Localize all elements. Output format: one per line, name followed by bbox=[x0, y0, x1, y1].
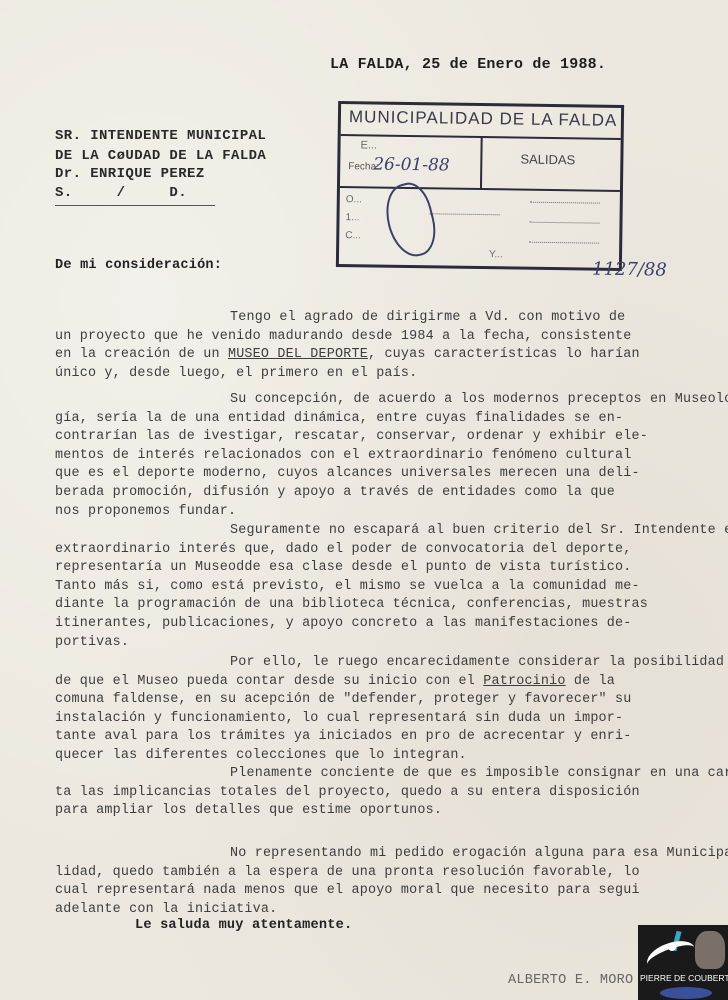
logo-text: PIERRE DE COUBERTIN bbox=[640, 973, 728, 983]
portrait-icon bbox=[695, 931, 725, 969]
stamp-dotted-line bbox=[529, 242, 599, 244]
body-line: Por ello, le ruego encarecidamente consi… bbox=[230, 655, 724, 670]
body-line: único y, desde luego, el primero en el p… bbox=[55, 366, 417, 381]
body-line: tante aval para los trámites ya iniciado… bbox=[55, 729, 632, 744]
municipal-reception-stamp: MUNICIPALIDAD DE LA FALDA E... SALIDAS F… bbox=[336, 101, 624, 271]
stamp-fecha-value: 26-01-88 bbox=[373, 155, 450, 176]
stamp-registro-label: Y... bbox=[489, 249, 503, 260]
body-line: que es el deporte moderno, cuyos alcance… bbox=[55, 466, 640, 481]
body-line: berada promoción, difusión y apoyo a tra… bbox=[55, 485, 615, 500]
stamp-dotted-line bbox=[430, 213, 500, 215]
body-line: quecer las diferentes colecciones que lo… bbox=[55, 748, 467, 763]
swoosh-icon bbox=[643, 935, 699, 977]
body-line: en la creación de un MUSEO DEL DEPORTE, … bbox=[55, 347, 640, 362]
stamp-left-label-2: 1... bbox=[345, 212, 359, 223]
stamp-dotted-line bbox=[529, 222, 599, 224]
body-line: un proyecto que he venido madurando desd… bbox=[55, 329, 632, 344]
stamp-dotted-line bbox=[530, 202, 600, 204]
body-line: Su concepción, de acuerdo a los modernos… bbox=[230, 392, 728, 407]
closing: Le saluda muy atentamente. bbox=[135, 918, 352, 933]
disc-icon bbox=[660, 987, 712, 999]
recipient-line-1: SR. INTENDENTE MUNICIPAL bbox=[55, 128, 266, 144]
handwritten-initials bbox=[379, 179, 442, 262]
stamp-salidas-label: SALIDAS bbox=[520, 152, 575, 168]
recipient-line-4: S. / D. bbox=[55, 185, 187, 201]
body-line: contrarían las de ivestigar, rescatar, c… bbox=[55, 429, 648, 444]
body-line: Tengo el agrado de dirigirme a Vd. con m… bbox=[230, 310, 625, 325]
body-line: de que el Museo pueda contar desde su in… bbox=[55, 674, 615, 689]
stamp-left-label-3: C... bbox=[345, 230, 361, 241]
body-line: ta las implicancias totales del proyecto… bbox=[55, 785, 640, 800]
body-line: diante la programación de una biblioteca… bbox=[55, 597, 648, 612]
recipient-line-2: DE LA CøUDAD DE LA FALDA bbox=[55, 148, 266, 164]
stamp-registro-number: 1127/88 bbox=[592, 259, 667, 281]
stamp-title: MUNICIPALIDAD DE LA FALDA bbox=[349, 107, 618, 131]
body-line: portivas. bbox=[55, 635, 129, 650]
stamp-divider-vertical bbox=[480, 136, 483, 188]
place-date: LA FALDA, 25 de Enero de 1988. bbox=[330, 56, 606, 73]
body-line: instalación y funcionamiento, lo cual re… bbox=[55, 711, 623, 726]
salutation: De mi consideración: bbox=[55, 258, 222, 273]
body-line: Plenamente conciente de que es imposible… bbox=[230, 766, 728, 781]
body-line: comuna faldense, en su acepción de "defe… bbox=[55, 692, 632, 707]
body-line: extraordinario interés que, dado el pode… bbox=[55, 542, 632, 557]
body-line: lidad, quedo también a la espera de una … bbox=[55, 865, 640, 880]
body-line: mentos de interés relacionados con el ex… bbox=[55, 448, 632, 463]
body-line: para ampliar los detalles que estime opo… bbox=[55, 803, 442, 818]
body-line: adelante con la iniciativa. bbox=[55, 902, 277, 917]
body-line: cual representará nada menos que el apoy… bbox=[55, 883, 640, 898]
signature-name: ALBERTO E. MORO bbox=[508, 973, 633, 988]
body-line: Tanto más si, como está previsto, el mis… bbox=[55, 579, 640, 594]
recipient-line-3: Dr. ENRIQUE PEREZ bbox=[55, 166, 205, 182]
body-line: gía, sería la de una entidad dinámica, e… bbox=[55, 411, 623, 426]
stamp-left-label-1: O... bbox=[346, 194, 362, 205]
underlined-term: MUSEO DEL DEPORTE bbox=[228, 347, 368, 362]
pierre-de-coubertin-logo: PIERRE DE COUBERTIN bbox=[638, 925, 728, 1000]
body-line: Seguramente no escapará al buen criterio… bbox=[230, 523, 728, 538]
body-line: itinerantes, publicaciones, y apoyo conc… bbox=[55, 616, 632, 631]
underlined-term: Patrocinio bbox=[483, 674, 565, 689]
body-line: No representando mi pedido erogación alg… bbox=[230, 846, 728, 861]
body-line: nos proponemos fundar. bbox=[55, 504, 236, 519]
body-line: representaría un Museodde esa clase desd… bbox=[55, 560, 632, 575]
recipient-underline bbox=[55, 205, 215, 206]
stamp-entradas-label: E... bbox=[360, 139, 377, 151]
